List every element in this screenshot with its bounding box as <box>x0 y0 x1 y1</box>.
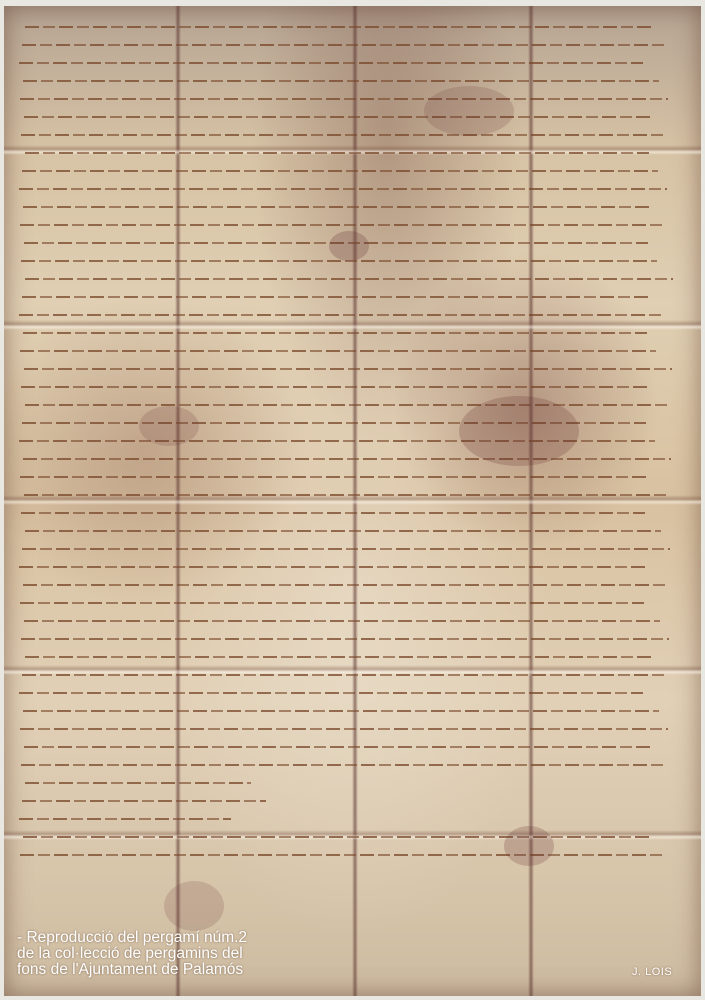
script-line <box>19 62 643 64</box>
photographer-credit: J. LOIS <box>632 966 672 978</box>
stain <box>459 396 579 466</box>
script-line <box>19 566 649 568</box>
script-line <box>20 728 668 730</box>
script-line <box>23 710 659 712</box>
script-line <box>24 368 672 370</box>
script-line <box>25 530 661 532</box>
script-line <box>20 476 650 478</box>
script-line <box>22 44 664 46</box>
script-line <box>21 638 669 640</box>
script-line <box>20 854 662 856</box>
script-line <box>20 224 662 226</box>
script-line <box>19 314 661 316</box>
script-line <box>24 620 660 622</box>
stain <box>164 881 224 931</box>
fold-line-horizontal <box>4 495 701 505</box>
script-line <box>20 602 644 604</box>
script-line <box>21 386 651 388</box>
script-line <box>23 332 647 334</box>
caption-line: fons de l'Ajuntament de Palamós <box>17 962 247 978</box>
stain <box>504 826 554 866</box>
script-line <box>24 746 654 748</box>
fold-line-horizontal <box>4 830 701 840</box>
caption-line: de la col·lecció de pergamins del <box>17 946 247 962</box>
script-line <box>25 26 655 28</box>
script-line <box>25 782 251 784</box>
script-line <box>25 278 673 280</box>
script-line <box>19 818 231 820</box>
script-line <box>23 80 659 82</box>
fold-line-horizontal <box>4 320 701 330</box>
script-line <box>23 206 653 208</box>
script-line <box>19 692 643 694</box>
stain <box>329 231 369 261</box>
stain <box>424 86 514 136</box>
script-line <box>23 584 665 586</box>
script-line <box>20 98 668 100</box>
caption-line: - Reproducció del pergamí núm.2 <box>17 930 247 946</box>
script-line <box>21 764 663 766</box>
script-line <box>25 404 667 406</box>
script-line <box>24 494 666 496</box>
script-line <box>21 260 657 262</box>
stain <box>139 406 199 446</box>
caption: - Reproducció del pergamí núm.2 de la co… <box>17 930 247 978</box>
script-line <box>22 800 266 802</box>
script-line <box>23 458 671 460</box>
script-line <box>22 170 658 172</box>
script-line <box>23 836 653 838</box>
parchment-document <box>4 6 701 996</box>
script-line <box>25 656 655 658</box>
script-line <box>21 134 663 136</box>
script-line <box>21 512 645 514</box>
script-line <box>22 548 670 550</box>
script-line <box>20 350 656 352</box>
script-line <box>24 116 654 118</box>
script-line <box>25 152 649 154</box>
script-line <box>19 188 667 190</box>
script-line <box>22 296 652 298</box>
script-line <box>22 674 664 676</box>
